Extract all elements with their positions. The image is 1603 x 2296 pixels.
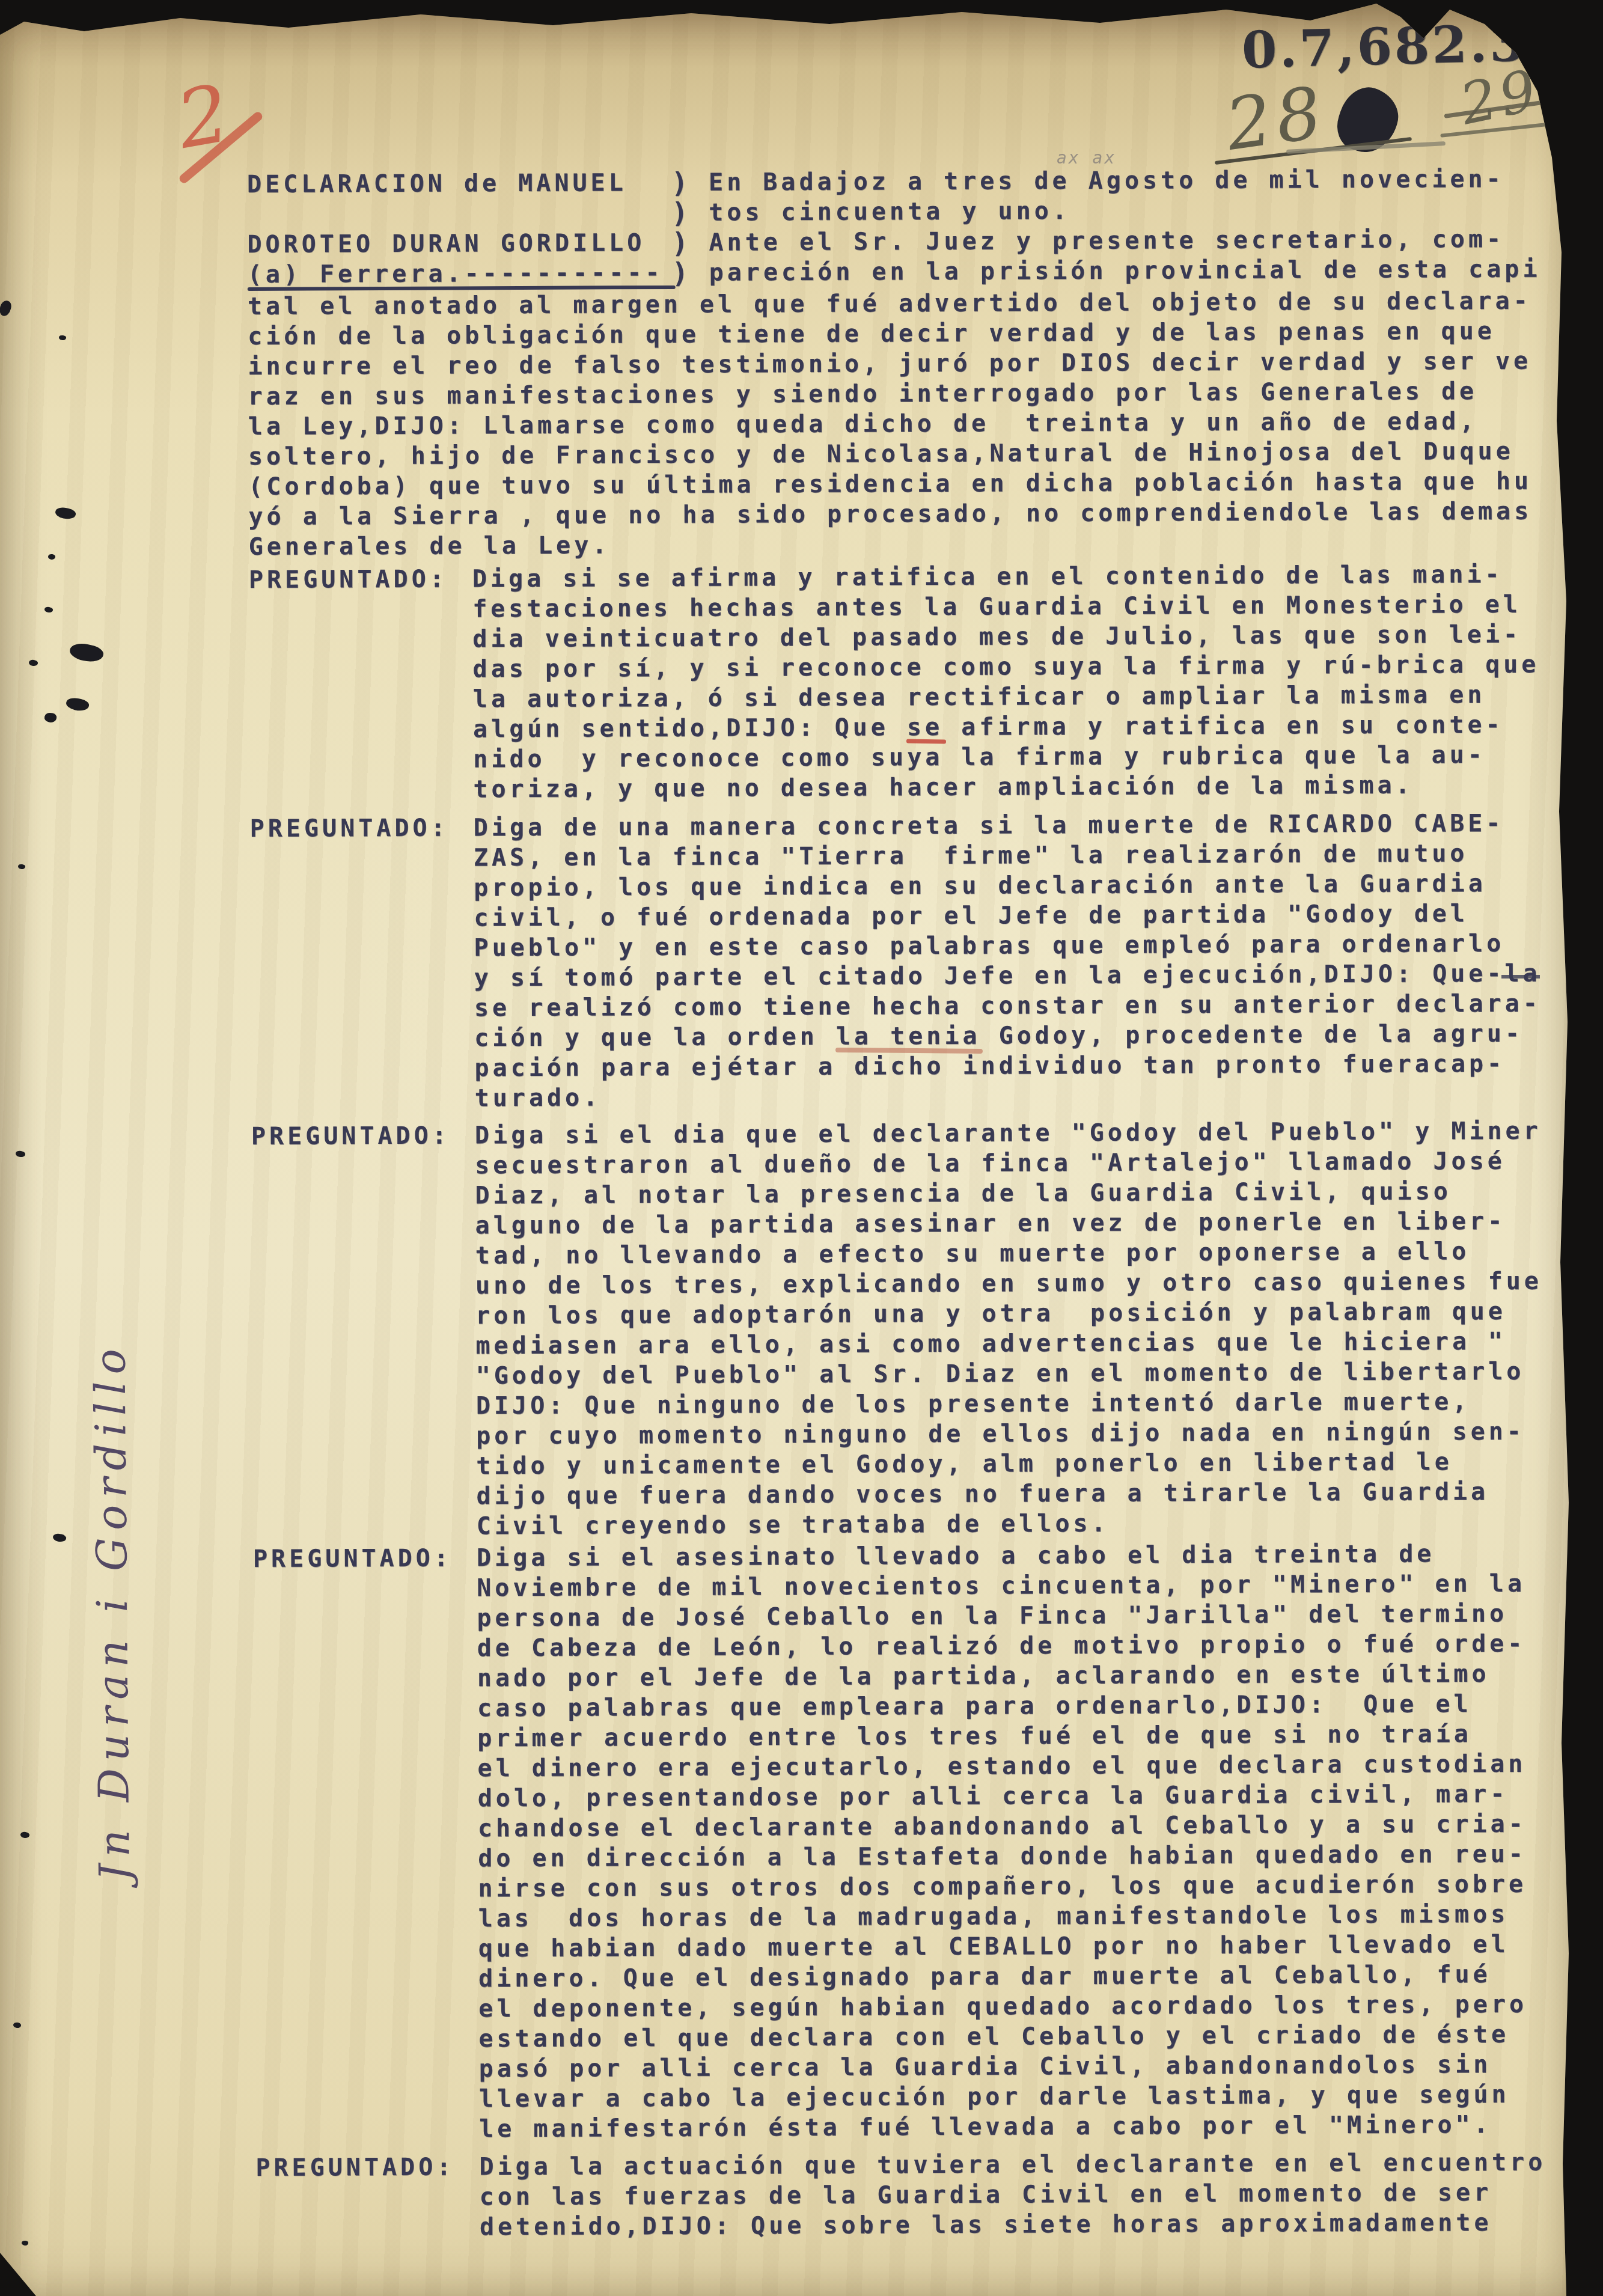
text-line: En Badajoz a tres de Agosto de mil novec…: [709, 164, 1540, 198]
text-line: y sí tomó parte el citado Jefe en la eje…: [474, 959, 1541, 994]
question-label: PREGUNTADO:: [255, 2152, 479, 2183]
text-line: turado.: [475, 1079, 1542, 1114]
question-text: Diga de una manera concreta si la muerte…: [474, 808, 1542, 1114]
text-line: DIJO: Que ninguno de los presente intent…: [476, 1387, 1543, 1421]
red-underline-mark: [906, 739, 946, 743]
text-line: persona de José Ceballo en la Finca "Jar…: [477, 1599, 1525, 1634]
question-text: Diga si el dia que el declarante "Godoy …: [475, 1116, 1543, 1542]
text-line: con las fuerzas de la Guardia Civil en e…: [480, 2178, 1547, 2212]
ink-strikethrough: [1501, 975, 1540, 979]
text-line: "Godoy del Pueblo" al Sr. Diaz en el mom…: [476, 1357, 1543, 1391]
text-line: Diga si se afirma y ratifica en el conte…: [472, 560, 1539, 594]
text-line: Civil creyendo se trataba de ellos.: [477, 1507, 1543, 1542]
text-line: civil, o fué ordenada por el Jefe de par…: [474, 899, 1540, 933]
question-label: PREGUNTADO:: [251, 1120, 475, 1152]
text-line: uno de los tres, explicando en sumo y ot…: [475, 1266, 1542, 1301]
text-line: ción y que la orden la tenia Godoy, proc…: [474, 1019, 1541, 1054]
text-line: llevar a cabo la ejecución por darle las…: [479, 2080, 1528, 2114]
question-text: Diga si el asesinato llevado a cabo el d…: [477, 1539, 1528, 2145]
text-line: dinero. Que el designado para dar muerte…: [478, 1959, 1527, 1994]
text-line: nido y reconoce como suya la firma y rub…: [473, 740, 1540, 775]
text-line: ): [672, 258, 692, 288]
question-label: PREGUNTADO:: [253, 1543, 477, 1574]
margin-note-column: DECLARACION de MANUEL DOROTEO DURAN GORD…: [247, 168, 664, 290]
text-line: tos cincuenta y uno.: [709, 194, 1540, 228]
text-line: DECLARACION de MANUEL: [247, 168, 663, 200]
text-line: secuestraron al dueño de la finca "Artal…: [475, 1146, 1542, 1181]
opening-dateline: En Badajoz a tres de Agosto de mil novec…: [709, 164, 1541, 288]
text-line: estando el que declara con el Ceballo y …: [478, 2020, 1527, 2054]
text-line: Generales de la Ley.: [249, 527, 1533, 562]
text-line: dolo, presentandose por alli cerca la Gu…: [478, 1779, 1527, 1814]
question-block: PREGUNTADO: Diga si el asesinato llevado…: [253, 1539, 1528, 2145]
question-block: PREGUNTADO: Diga de una manera concreta …: [250, 808, 1542, 1114]
text-line: ): [671, 198, 692, 228]
typed-text-block: DECLARACION de MANUEL DOROTEO DURAN GORD…: [0, 0, 1603, 2296]
text-line: ): [671, 228, 692, 258]
text-line: se realizó como tiene hecha constar en s…: [474, 989, 1541, 1024]
text-line: Noviembre de mil novecientos cincuenta, …: [477, 1569, 1525, 1604]
question-label: PREGUNTADO:: [250, 813, 474, 844]
text-line: pasó por alli cerca la Guardia Civil, ab…: [479, 2050, 1528, 2084]
question-text: Diga la actuación que tuviera el declara…: [479, 2148, 1546, 2243]
text-line: nado por el Jefe de la partida, aclarand…: [477, 1659, 1526, 1694]
margin-brace-column: )))): [671, 168, 692, 288]
text-line: le manifestarón ésta fué llevada a cabo …: [479, 2110, 1528, 2145]
text-line: DOROTEO DURAN GORDILLO: [247, 228, 663, 260]
text-line: Pueblo" y en este caso palabras que empl…: [474, 929, 1540, 963]
text-line: do en dirección a la Estafeta donde habi…: [478, 1839, 1527, 1874]
text-line: yó a la Sierra , que no ha sido procesad…: [248, 496, 1532, 532]
text-line: tido y unicamente el Godoy, alm ponerlo …: [476, 1447, 1543, 1482]
text-line: dijo que fuera dando voces no fuera a ti…: [476, 1477, 1543, 1512]
text-line: algún sentido,DIJO: Que se afirma y rati…: [473, 710, 1540, 745]
text-line: el dinero era ejecutarlo, estando el que…: [477, 1749, 1526, 1784]
text-line: das por sí, y si reconoce como suya la f…: [472, 650, 1539, 685]
text-line: detenido,DIJO: Que sobre las siete horas…: [480, 2208, 1547, 2243]
text-line: de Cabeza de León, lo realizó de motivo …: [477, 1629, 1526, 1664]
text-line: la autoriza, ó si desea rectificar o amp…: [473, 680, 1540, 715]
text-line: dia veinticuatro del pasado mes de Julio…: [472, 620, 1539, 655]
text-line: Diaz, al notar la presencia de la Guardi…: [475, 1176, 1542, 1211]
text-line: festaciones hechas antes la Guardia Civi…: [472, 590, 1539, 624]
text-line: pación para ejétar a dicho individuo tan…: [474, 1049, 1541, 1084]
text-line: pareción en la prisión provincial de est…: [709, 254, 1541, 288]
text-line: Diga si el asesinato llevado a cabo el d…: [477, 1539, 1525, 1574]
question-text: Diga si se afirma y ratifica en el conte…: [472, 560, 1540, 805]
paper-sheet: 0.7,682.388 28 29 2 Jn Duran i Gordillo …: [0, 0, 1603, 2296]
text-line: tad, no llevando a efecto su muerte por …: [475, 1236, 1542, 1271]
text-line: primer acuerdo entre los tres fué el de …: [477, 1719, 1526, 1754]
text-line: nirse con sus otros dos compañero, los q…: [478, 1869, 1527, 1904]
text-line: las dos horas de la madrugada, manifesta…: [478, 1899, 1527, 1934]
text-line: por cuyo momento ninguno de ellos dijo n…: [476, 1417, 1543, 1452]
text-line: chandose el declarante abandonando al Ce…: [478, 1809, 1527, 1844]
text-line: que habian dado muerte al CEBALLO por no…: [478, 1929, 1527, 1964]
text-line: mediasen ara ello, asi como advertencias…: [475, 1327, 1542, 1361]
text-line: Diga si el dia que el declarante "Godoy …: [475, 1116, 1542, 1151]
text-line: toriza, y que no desea hacer ampliación …: [473, 770, 1540, 805]
text-line: (a) Ferrera.-----------: [248, 258, 664, 290]
question-label: PREGUNTADO:: [249, 564, 472, 595]
text-line: Diga de una manera concreta si la muerte…: [474, 808, 1540, 843]
text-line: ): [671, 168, 692, 198]
text-line: propio, los que indica en su declaración…: [474, 869, 1540, 903]
text-line: el deponente, según habian quedado acord…: [478, 1989, 1527, 2024]
text-line: caso palabras que empleara para ordenarl…: [477, 1689, 1526, 1724]
text-line: [247, 198, 663, 230]
question-block: PREGUNTADO: Diga la actuación que tuvier…: [255, 2148, 1546, 2243]
text-line: Ante el Sr. Juez y presente secretario, …: [709, 224, 1540, 258]
text-line: ZAS, en la finca "Tierra firme" la reali…: [474, 838, 1540, 873]
text-line: ron los que adoptarón una y otra posició…: [475, 1296, 1542, 1331]
opening-paragraph: tal el anotado al margen el que fué adve…: [248, 286, 1533, 562]
question-block: PREGUNTADO: Diga si se afirma y ratifica…: [249, 560, 1540, 805]
text-line: alguno de la partida asesinar en vez de …: [475, 1206, 1542, 1241]
question-block: PREGUNTADO: Diga si el dia que el declar…: [251, 1116, 1543, 1542]
text-line: Diga la actuación que tuviera el declara…: [479, 2148, 1546, 2182]
